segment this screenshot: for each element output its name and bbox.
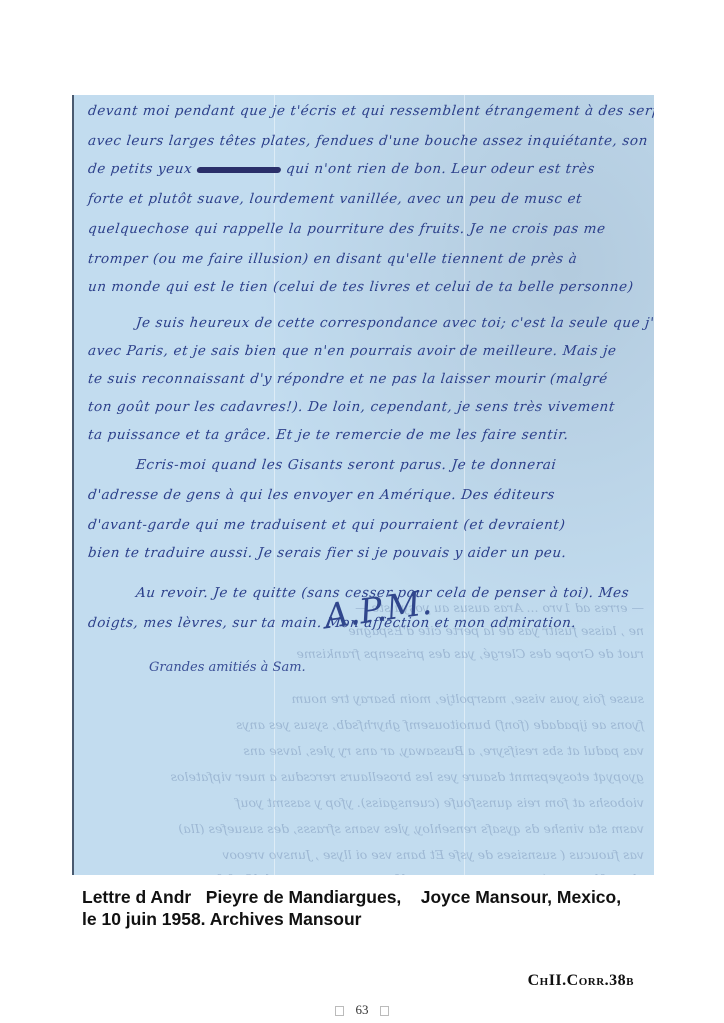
letter-line: un monde qui est le tien (celui de tes l… (87, 279, 647, 295)
box-glyph-icon (380, 1006, 389, 1016)
letter-scan-image: — erres ad 1vro ... Aras ausus au yosya … (72, 95, 654, 875)
letter-line: quelquechose qui rappelle la pourriture … (87, 221, 647, 237)
page-footer: 63 (0, 1002, 724, 1018)
letter-line: tromper (ou me faire illusion) en disant… (87, 251, 647, 267)
letter-line: de petits yeux qui n'ont rien de bon. Le… (87, 161, 647, 177)
paper-fold (274, 95, 275, 875)
page-number: 63 (356, 1002, 369, 1017)
letter-line: avec Paris, et je sais bien que n'en pou… (87, 343, 647, 359)
crossed-out-word (197, 167, 282, 173)
caption-line-2: le 10 juin 1958. Archives Mansour (82, 908, 642, 930)
box-glyph-icon (335, 1006, 344, 1016)
archive-reference-code: ChII.Corr.38b (528, 972, 634, 990)
letter-line: te suis reconnaissant d'y répondre et ne… (87, 371, 647, 387)
letter-line: avec leurs larges têtes plates, fendues … (87, 133, 647, 149)
caption-line-1: Lettre d Andr Pieyre de Mandiargues, Joy… (82, 886, 642, 908)
paper-fold (464, 95, 465, 875)
letter-line: d'avant-garde qui me traduisent et qui p… (87, 517, 647, 533)
letter-line: Ecris-moi quand les Gisants seront parus… (135, 457, 647, 473)
letter-line: forte et plutôt suave, lourdement vanill… (87, 191, 647, 207)
postscript: Grandes amitiés à Sam. (149, 660, 306, 675)
figure-caption: Lettre d Andr Pieyre de Mandiargues, Joy… (82, 886, 642, 930)
letter-line: bien te traduire aussi. Je serais fier s… (87, 545, 647, 561)
letter-line: ton goût pour les cadavres!). De loin, c… (87, 399, 647, 415)
letter-line: devant moi pendant que je t'écris et qui… (87, 103, 647, 119)
letter-line: d'adresse de gens à qui les envoyer en A… (87, 487, 647, 503)
letter-line: Je suis heureux de cette correspondance … (135, 315, 647, 331)
letter-line: ta puissance et ta grâce. Et je te remer… (87, 427, 647, 443)
